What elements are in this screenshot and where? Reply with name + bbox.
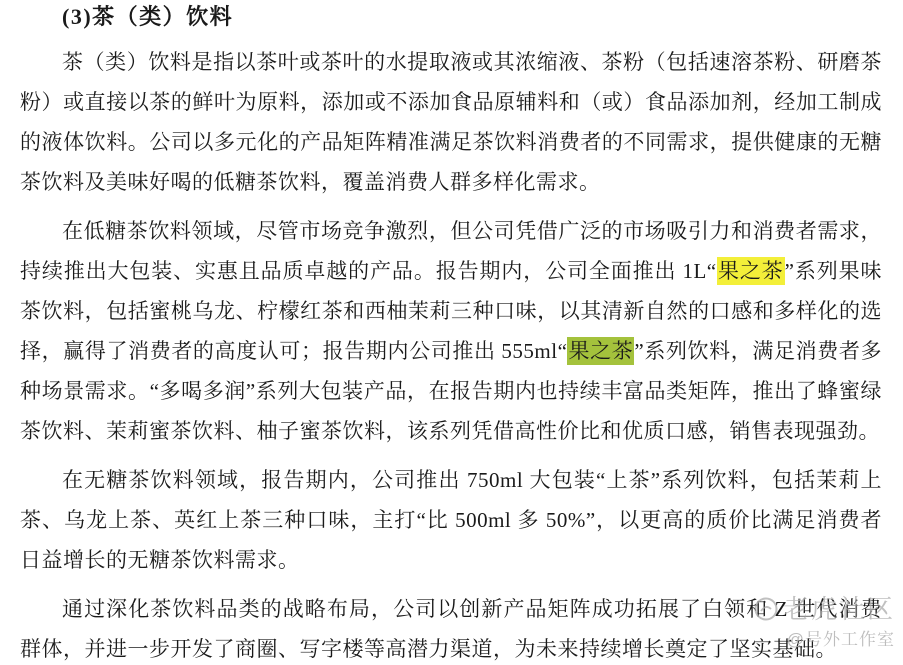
section-heading: (3)茶（类）饮料 — [62, 3, 882, 31]
text-run: 在无糖茶饮料领域，报告期内，公司推出 750ml 大包装“上茶”系列饮料，包括茉… — [20, 468, 882, 572]
paragraph: 在无糖茶饮料领域，报告期内，公司推出 750ml 大包装“上茶”系列饮料，包括茉… — [20, 460, 882, 580]
text-run: 通过深化茶饮料品类的战略布局，公司以创新产品矩阵成功拓展了白领和 Z 世代消费群… — [20, 597, 882, 661]
paragraph: 在低糖茶饮料领域，尽管市场竞争激烈，但公司凭借广泛的市场吸引力和消费者需求，持续… — [20, 211, 882, 451]
text-run: 茶（类）饮料是指以茶叶或茶叶的水提取液或其浓缩液、茶粉（包括速溶茶粉、研磨茶粉）… — [20, 50, 882, 194]
body-text: 茶（类）饮料是指以茶叶或茶叶的水提取液或其浓缩液、茶粉（包括速溶茶粉、研磨茶粉）… — [20, 42, 882, 665]
report-page: (3)茶（类）饮料 茶（类）饮料是指以茶叶或茶叶的水提取液或其浓缩液、茶粉（包括… — [0, 0, 903, 665]
highlighted-term-yellow: 果之茶 — [717, 257, 785, 285]
highlighted-term-green: 果之茶 — [567, 337, 634, 365]
paragraph: 茶（类）饮料是指以茶叶或茶叶的水提取液或其浓缩液、茶粉（包括速溶茶粉、研磨茶粉）… — [20, 42, 882, 202]
paragraph: 通过深化茶饮料品类的战略布局，公司以创新产品矩阵成功拓展了白领和 Z 世代消费群… — [20, 589, 882, 665]
